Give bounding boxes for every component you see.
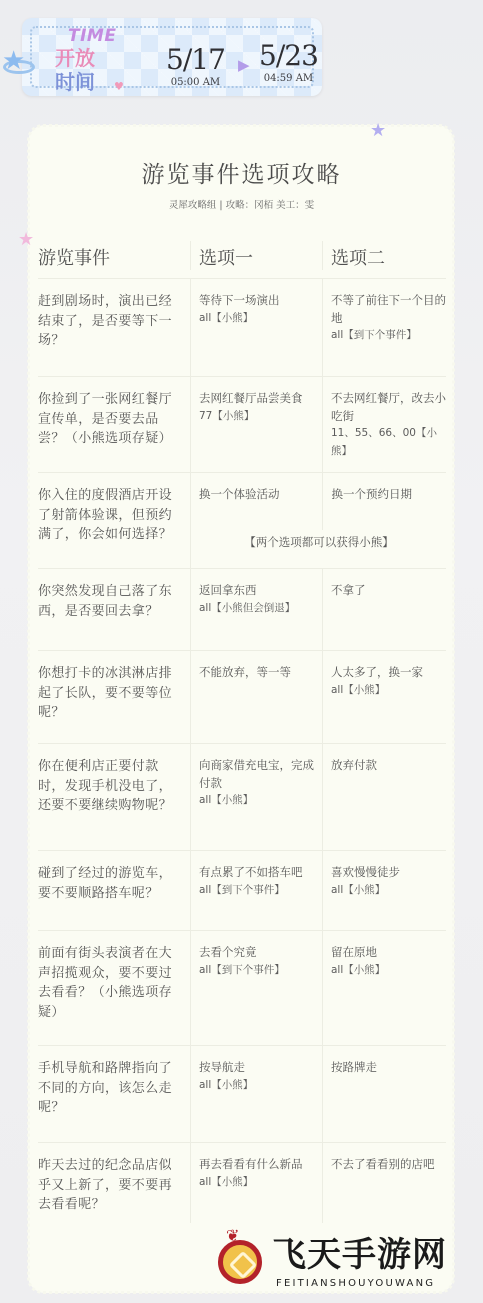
open-label-line1: 开放 [55,46,113,70]
table-row: 手机导航和路牌指向了不同的方向，该怎么走呢？ 按导航走 all【小熊】 按路牌走 [38,1046,446,1143]
option2-text: 留在原地 [331,945,377,959]
option2-cell: 不去网红餐厅，改去小吃街 11、55、66、00【小熊】 [322,377,446,472]
event-cell: 昨天去过的纪念品店似乎又上新了，要不要再去看看呢？ [38,1143,190,1223]
option1-text: 换一个体验活动 [191,473,322,568]
table-row: 碰到了经过的游览车，要不要顺路搭车呢？ 有点累了不如搭车吧 all【到下个事件】… [38,851,446,931]
option1-result: 77【小熊】 [199,408,322,426]
page-title: 游览事件选项攻略 [0,156,483,189]
option1-cell: 再去看看有什么新品 all【小熊】 [190,1143,322,1223]
event-cell: 前面有街头表演者在大声招揽观众，要不要过去看看？（小熊选项存疑） [38,931,190,1045]
header-event: 游览事件 [38,241,190,270]
event-cell: 碰到了经过的游览车，要不要顺路搭车呢？ [38,851,190,930]
option1-cell: 去网红餐厅品尝美食 77【小熊】 [190,377,322,472]
option2-text: 人太多了，换一家 [331,665,423,679]
option1-text: 去看个究竟 [199,945,257,959]
option1-text: 不能放弃，等一等 [199,665,291,679]
option1-result: all【到下个事件】 [199,962,322,980]
option2-cell: 放弃付款 [322,744,446,850]
option1-text: 按导航走 [199,1060,245,1074]
option2-cell: 喜欢慢慢徒步 all【小熊】 [322,851,446,930]
option2-cell: 人太多了，换一家 all【小熊】 [322,651,446,743]
option2-result: all【小熊】 [331,962,446,980]
table-row: 前面有街头表演者在大声招揽观众，要不要过去看看？（小熊选项存疑） 去看个究竟 a… [38,931,446,1046]
event-cell: 你入住的度假酒店开设了射箭体验课，但预约满了，你会如何选择？ [38,473,190,568]
end-date: 5/23 [259,40,318,72]
header-option1: 选项一 [190,241,322,270]
table-row: 你捡到了一张网红餐厅宣传单，是否要去品尝？（小熊选项存疑） 去网红餐厅品尝美食 … [38,377,446,473]
heart-icon: ♥ [114,80,124,93]
option1-text: 再去看看有什么新品 [199,1157,303,1171]
option2-text: 放弃付款 [331,758,377,772]
option1-text: 有点累了不如搭车吧 [199,865,303,879]
option2-result: 11、55、66、00【小熊】 [331,425,446,460]
option1-result: all【小熊】 [199,792,322,810]
option1-text: 去网红餐厅品尝美食 [199,391,303,405]
merged-options-cell: 换一个体验活动 换一个预约日期 【两个选项都可以获得小熊】 [190,473,446,568]
table-row: 赶到剧场时，演出已经结束了，是否要等下一场？ 等待下一场演出 all【小熊】 不… [38,279,446,377]
option2-result: all【到下个事件】 [331,327,446,345]
arrow-right-icon: ▶ [238,56,250,74]
option1-cell: 去看个究竟 all【到下个事件】 [190,931,322,1045]
event-cell: 手机导航和路牌指向了不同的方向，该怎么走呢？ [38,1046,190,1142]
event-cell: 你想打卡的冰淇淋店排起了长队，要不要等位呢？ [38,651,190,743]
option1-cell: 返回拿东西 all【小熊但会倒退】 [190,569,322,650]
event-cell: 赶到剧场时，演出已经结束了，是否要等下一场？ [38,279,190,376]
option2-text: 不拿了 [331,583,366,597]
time-tag: TIME [68,26,116,46]
option1-text: 向商家借充电宝，完成付款 [199,758,314,790]
option2-cell: 按路牌走 [322,1046,446,1142]
option1-result: all【到下个事件】 [199,882,322,900]
option2-cell: 不等了前往下一个目的地 all【到下个事件】 [322,279,446,376]
event-cell: 你捡到了一张网红餐厅宣传单，是否要去品尝？（小熊选项存疑） [38,377,190,472]
event-options-table: 游览事件 选项一 选项二 赶到剧场时，演出已经结束了，是否要等下一场？ 等待下一… [38,232,446,1223]
end-date-block: 5/23 04:59 AM [259,40,318,84]
option2-text: 换一个预约日期 [322,473,446,530]
table-row: 你在便利店正要付款时，发现手机没电了，还要不要继续购物呢？ 向商家借充电宝，完成… [38,744,446,851]
header-option2: 选项二 [322,241,446,270]
both-options-note: 【两个选项都可以获得小熊】 [191,534,447,550]
table-header: 游览事件 选项一 选项二 [38,232,446,279]
option2-text: 不去网红餐厅，改去小吃街 [331,391,446,423]
option1-cell: 有点累了不如搭车吧 all【到下个事件】 [190,851,322,930]
option2-cell: 留在原地 all【小熊】 [322,931,446,1045]
option1-result: all【小熊】 [199,1174,322,1192]
option1-text: 返回拿东西 [199,583,257,597]
watermark-name: 飞天手游网 [272,1236,447,1274]
open-time-label: 开放 时间 [55,46,113,94]
event-cell: 你突然发现自己落了东西，是否要回去拿？ [38,569,190,650]
star-icon: ★ [18,229,34,250]
star-icon: ★ [2,48,25,74]
table-row: 你入住的度假酒店开设了射箭体验课，但预约满了，你会如何选择？ 换一个体验活动 换… [38,473,446,569]
option2-text: 不等了前往下一个目的地 [331,293,446,325]
option2-cell: 不去了看看别的店吧 [322,1143,446,1223]
end-time: 04:59 AM [259,73,318,84]
option2-result: all【小熊】 [331,682,446,700]
option2-text: 按路牌走 [331,1060,377,1074]
option1-result: all【小熊但会倒退】 [199,600,322,618]
option1-text: 等待下一场演出 [199,293,280,307]
star-icon: ★ [370,120,386,141]
page-subtitle: 灵犀攻略组 | 攻略：冈栢 美工：雯 [0,197,483,211]
open-label-line2: 时间 [55,70,113,94]
open-time-banner: TIME 开放 时间 ♥ 5/17 05:00 AM ▶ 5/23 04:59 … [22,18,322,96]
option2-text: 不去了看看别的店吧 [331,1157,435,1171]
start-date: 5/17 [166,44,225,76]
option1-result: all【小熊】 [199,1077,322,1095]
table-row: 你想打卡的冰淇淋店排起了长队，要不要等位呢？ 不能放弃，等一等 人太多了，换一家… [38,651,446,744]
option1-cell: 不能放弃，等一等 [190,651,322,743]
option2-result: all【小熊】 [331,882,446,900]
option1-result: all【小熊】 [199,310,322,328]
option1-cell: 等待下一场演出 all【小熊】 [190,279,322,376]
option2-cell: 不拿了 [322,569,446,650]
coin-logo-icon [218,1240,262,1284]
table-row: 你突然发现自己落了东西，是否要回去拿？ 返回拿东西 all【小熊但会倒退】 不拿… [38,569,446,651]
start-time: 05:00 AM [166,77,225,88]
option1-cell: 向商家借充电宝，完成付款 all【小熊】 [190,744,322,850]
option1-cell: 按导航走 all【小熊】 [190,1046,322,1142]
watermark-pinyin: FEITIANSHOUYOUWANG [276,1278,435,1289]
table-row: 昨天去过的纪念品店似乎又上新了，要不要再去看看呢？ 再去看看有什么新品 all【… [38,1143,446,1223]
event-cell: 你在便利店正要付款时，发现手机没电了，还要不要继续购物呢？ [38,744,190,850]
option2-text: 喜欢慢慢徒步 [331,865,400,879]
start-date-block: 5/17 05:00 AM [166,44,225,88]
